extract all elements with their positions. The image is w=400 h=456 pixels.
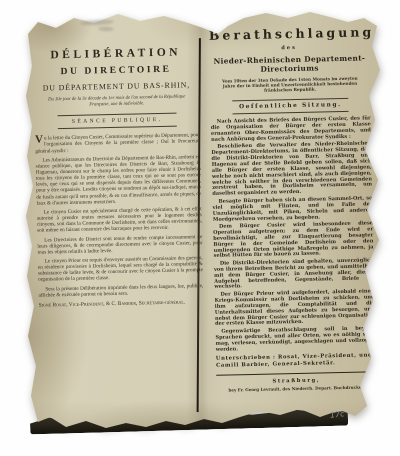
- german-paragraph: Der Bürger Prieur wird aufgefordert, als…: [214, 289, 375, 328]
- french-title-line1: DÉLIBÉRATION: [33, 46, 198, 62]
- french-body-text: Vu la lettre du Citoyen Cusier, Commissa…: [35, 132, 204, 298]
- drop-cap-initial: V: [35, 136, 43, 145]
- rule-ornament: [233, 111, 348, 115]
- imprint-printer-line: bey Fr. Georg Levrault, des Niederrh. De…: [217, 385, 377, 393]
- french-column: DÉLIBÉRATION DU DIRECTOIRE DU DÉPARTEMEN…: [33, 46, 204, 314]
- german-dateline: Vom 10ten der 3ten Dekade des 1sten Mona…: [218, 76, 362, 94]
- german-title-line1: Berathschlagung: [209, 24, 369, 42]
- german-body-text: Nach Ansicht des Briefes des Bürgers Cus…: [211, 116, 376, 353]
- imprint-divider-rule: [216, 372, 376, 376]
- french-session-heading: SÉANCE PUBLIQUE.: [35, 112, 200, 130]
- photo-of-document: DÉLIBÉRATION DU DIRECTOIRE DU DÉPARTEMEN…: [0, 0, 400, 456]
- german-column: Berathschlagung des Nieder-Rheinischen D…: [209, 24, 377, 393]
- french-session-label: SÉANCE PUBLIQUE.: [35, 116, 200, 126]
- rule-ornament: [233, 98, 348, 102]
- french-paragraph: Les Directoires de District sont tenus d…: [37, 234, 202, 256]
- german-paragraph: Die Distrikt-Direktorien sind gehalten, …: [214, 258, 375, 291]
- german-session-heading: Oeffentliche Sitzung.: [210, 97, 370, 114]
- german-paragraph: Nach Ansicht des Briefes des Bürgers Cus…: [211, 116, 371, 143]
- french-paragraph: Sera la présente Délibération imprimée d…: [38, 283, 203, 299]
- pencil-annotation: 17c: [330, 409, 345, 419]
- german-paragraph: Gegenwärtige Berathschlagung soll in bey…: [215, 326, 375, 353]
- german-paragraph: Besagte Bürger haben sich an diesen Samm…: [212, 196, 372, 223]
- rule-ornament: [58, 113, 177, 117]
- rule-ornament: [58, 126, 177, 130]
- french-dateline: Du 10e jour de la 3e décade du 1er mois …: [40, 94, 193, 109]
- paper-sheet: DÉLIBÉRATION DU DIRECTOIRE DU DÉPARTEMEN…: [22, 8, 388, 444]
- french-paragraph: Le citoyen Cusier est spécialement charg…: [37, 206, 202, 234]
- german-signature-line: Unterschrieben : Rosat, Vize-Präsident, …: [216, 353, 376, 369]
- german-title-des: des: [209, 43, 369, 52]
- paper-sheet-wrap: DÉLIBÉRATION DU DIRECTOIRE DU DÉPARTEMEN…: [22, 8, 388, 444]
- printed-content: DÉLIBÉRATION DU DIRECTOIRE DU DÉPARTEMEN…: [17, 4, 392, 448]
- french-title-line3: DU DÉPARTEMENT DU BAS-RHIN,: [34, 80, 199, 93]
- french-paragraph: Les Administrateurs du Directoire du Dép…: [35, 154, 201, 207]
- french-paragraph: Vu la lettre du Citoyen Cusier, Commissa…: [35, 132, 200, 154]
- german-paragraph: Dem Bürger Cusier wird insbesondere dies…: [213, 221, 374, 260]
- german-title-line3: Nieder-Rheinischen Departement-Directori…: [209, 53, 369, 74]
- french-paragraph-text: u la lettre du Citoyen Cusier, Commissai…: [35, 132, 200, 154]
- german-session-label: Oeffentliche Sitzung.: [210, 101, 370, 110]
- french-paragraph: Le citoyen Prieur est requis d'envoyer a…: [38, 255, 203, 283]
- french-signature-line: Signé Rosat, Vice-Président, & C. Barbie…: [39, 299, 204, 309]
- german-paragraph: Beschließen die Verwalter des Nieder-Rhe…: [211, 141, 372, 198]
- french-title-line2: DU DIRECTOIRE: [34, 64, 199, 78]
